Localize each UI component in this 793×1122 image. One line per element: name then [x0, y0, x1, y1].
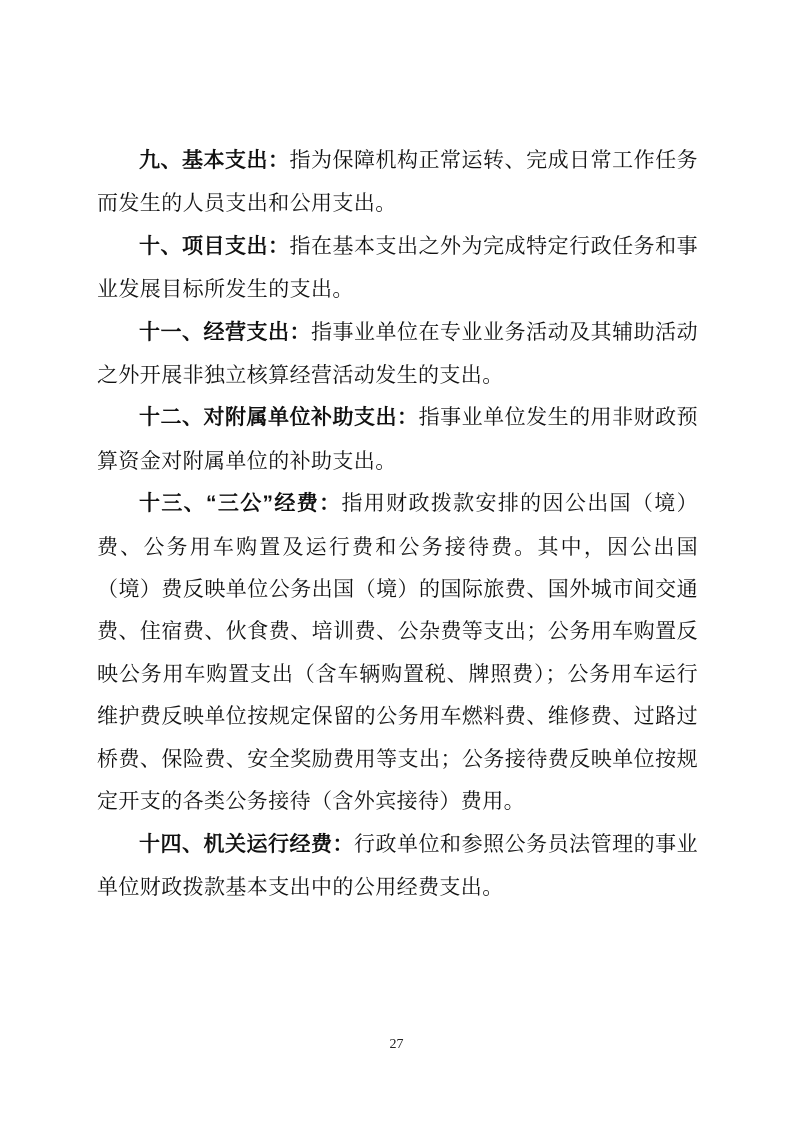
page-number: 27: [0, 1036, 793, 1054]
document-body: 九、基本支出：指为保障机构正常运转、完成日常工作任务而发生的人员支出和公用支出。…: [97, 139, 698, 908]
definition-paragraph: 十一、经营支出：指事业单位在专业业务活动及其辅助活动之外开展非独立核算经营活动发…: [97, 311, 698, 397]
term-label: 十一、经营支出：: [139, 321, 311, 344]
definition-paragraph: 十二、对附属单位补助支出：指事业单位发生的用非财政预算资金对附属单位的补助支出。: [97, 396, 698, 482]
definition-paragraph: 十四、机关运行经费：行政单位和参照公务员法管理的事业单位财政拨款基本支出中的公用…: [97, 823, 698, 909]
term-label: 十二、对附属单位补助支出：: [139, 406, 419, 429]
definition-paragraph: 十、项目支出：指在基本支出之外为完成特定行政任务和事业发展目标所发生的支出。: [97, 225, 698, 311]
document-page: 九、基本支出：指为保障机构正常运转、完成日常工作任务而发生的人员支出和公用支出。…: [0, 0, 793, 1122]
term-label: 九、基本支出：: [139, 149, 290, 172]
definition-paragraph: 十三、“三公”经费：指用财政拨款安排的因公出国（境）费、公务用车购置及运行费和公…: [97, 482, 698, 822]
definition-paragraph: 九、基本支出：指为保障机构正常运转、完成日常工作任务而发生的人员支出和公用支出。: [97, 139, 698, 225]
definition-text: 指用财政拨款安排的因公出国（境）费、公务用车购置及运行费和公务接待费。其中，因公…: [97, 491, 698, 813]
term-label: 十四、机关运行经费：: [139, 833, 354, 856]
term-label: 十、项目支出：: [139, 235, 290, 258]
term-label: 十三、“三公”经费：: [139, 492, 341, 515]
